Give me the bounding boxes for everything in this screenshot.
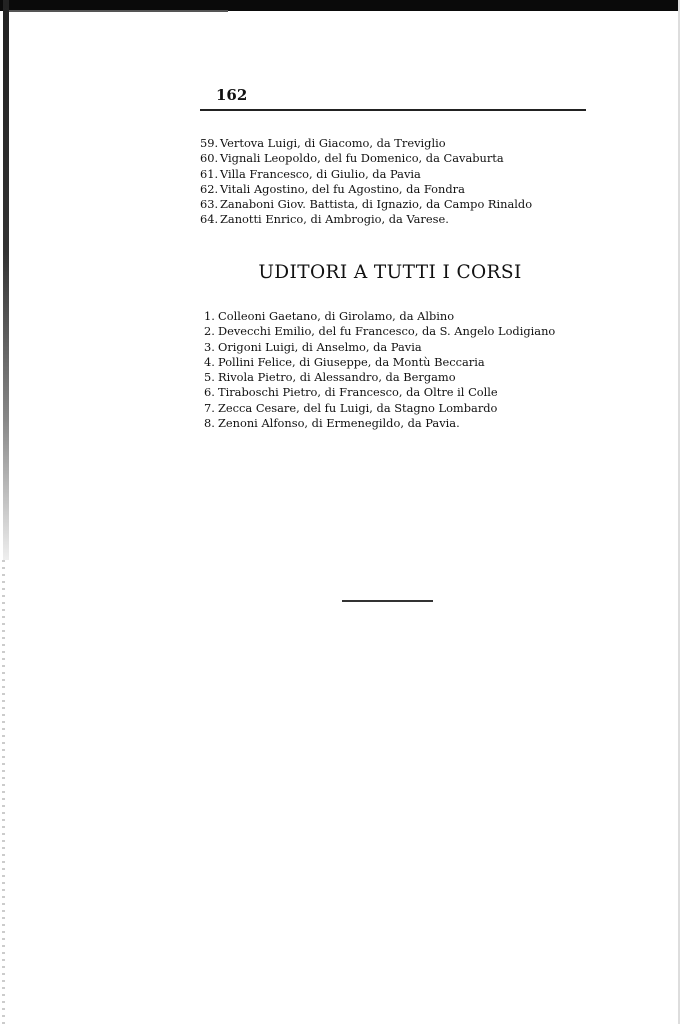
item-text: Origoni Luigi, di Anselmo, da Pavia (218, 340, 422, 354)
section-title: UDITORI A TUTTI I CORSI (0, 262, 680, 283)
item-number: 62. (200, 182, 216, 197)
item-text: Zenoni Alfonso, di Ermenegildo, da Pavia… (218, 416, 460, 430)
item-number: 61. (200, 167, 216, 182)
scan-top-edge (8, 10, 228, 12)
list-item: 6.Tiraboschi Pietro, di Francesco, da Ol… (204, 385, 555, 400)
continued-list: 59.Vertova Luigi, di Giacomo, da Trevigl… (200, 136, 532, 228)
item-text: Devecchi Emilio, del fu Francesco, da S.… (218, 324, 555, 338)
item-text: Vertova Luigi, di Giacomo, da Treviglio (220, 136, 446, 150)
list-item: 8.Zenoni Alfonso, di Ermenegildo, da Pav… (204, 416, 555, 431)
list-item: 3.Origoni Luigi, di Anselmo, da Pavia (204, 340, 555, 355)
item-text: Vignali Leopoldo, del fu Domenico, da Ca… (220, 151, 504, 165)
item-text: Zanaboni Giov. Battista, di Ignazio, da … (220, 197, 532, 211)
scan-binding-edge-faint (2, 560, 5, 1024)
item-number: 5. (204, 370, 214, 385)
item-text: Zanotti Enrico, di Ambrogio, da Varese. (220, 212, 449, 226)
item-number: 60. (200, 151, 216, 166)
list-item: 60.Vignali Leopoldo, del fu Domenico, da… (200, 151, 532, 166)
item-number: 3. (204, 340, 214, 355)
list-item: 4.Pollini Felice, di Giuseppe, da Montù … (204, 355, 555, 370)
item-number: 4. (204, 355, 214, 370)
list-item: 5.Rivola Pietro, di Alessandro, da Berga… (204, 370, 555, 385)
item-text: Rivola Pietro, di Alessandro, da Bergamo (218, 370, 456, 384)
item-number: 63. (200, 197, 216, 212)
list-item: 2.Devecchi Emilio, del fu Francesco, da … (204, 324, 555, 339)
page-number: 162 (216, 86, 247, 104)
list-item: 64.Zanotti Enrico, di Ambrogio, da Vares… (200, 212, 532, 227)
list-item: 61.Villa Francesco, di Giulio, da Pavia (200, 167, 532, 182)
item-number: 8. (204, 416, 214, 431)
auditors-list: 1.Colleoni Gaetano, di Girolamo, da Albi… (204, 309, 555, 431)
item-text: Pollini Felice, di Giuseppe, da Montù Be… (218, 355, 485, 369)
item-number: 6. (204, 385, 214, 400)
item-text: Zecca Cesare, del fu Luigi, da Stagno Lo… (218, 401, 497, 415)
item-number: 7. (204, 401, 214, 416)
item-text: Colleoni Gaetano, di Girolamo, da Albino (218, 309, 454, 323)
header-rule (200, 109, 586, 111)
list-item: 7.Zecca Cesare, del fu Luigi, da Stagno … (204, 401, 555, 416)
list-item: 63.Zanaboni Giov. Battista, di Ignazio, … (200, 197, 532, 212)
item-number: 2. (204, 324, 214, 339)
end-rule (342, 600, 433, 602)
list-item: 1.Colleoni Gaetano, di Girolamo, da Albi… (204, 309, 555, 324)
item-text: Villa Francesco, di Giulio, da Pavia (220, 167, 421, 181)
item-text: Vitali Agostino, del fu Agostino, da Fon… (220, 182, 465, 196)
list-item: 59.Vertova Luigi, di Giacomo, da Trevigl… (200, 136, 532, 151)
list-item: 62.Vitali Agostino, del fu Agostino, da … (200, 182, 532, 197)
item-number: 1. (204, 309, 214, 324)
item-number: 64. (200, 212, 216, 227)
item-number: 59. (200, 136, 216, 151)
item-text: Tiraboschi Pietro, di Francesco, da Oltr… (218, 385, 498, 399)
